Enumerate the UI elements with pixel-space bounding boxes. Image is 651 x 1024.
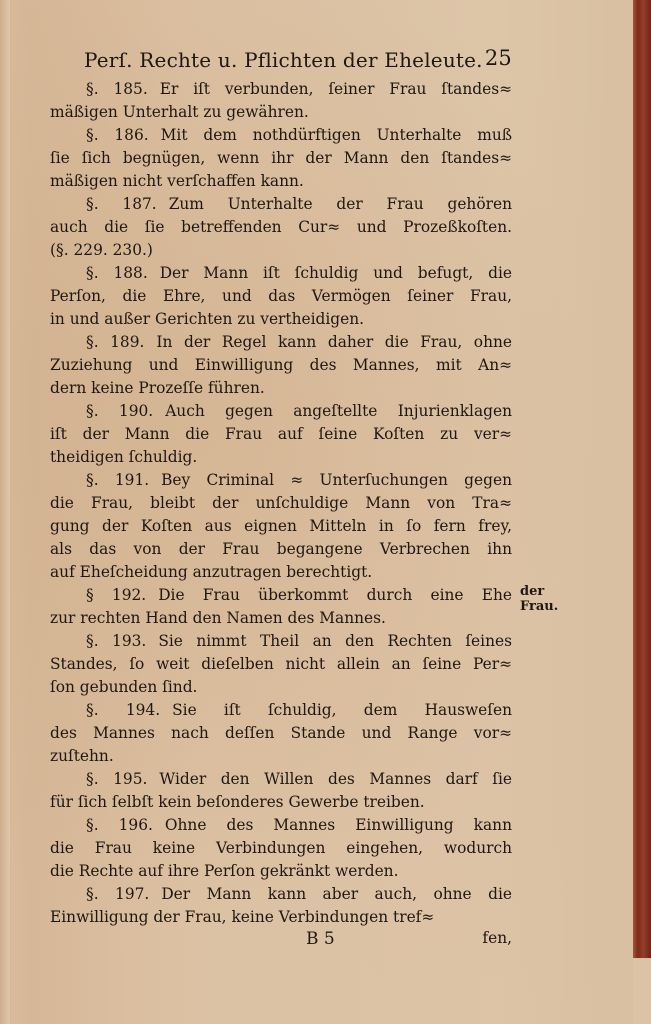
text-line: ſie ſich begnügen, wenn ihr der Mann den… <box>50 147 512 170</box>
text-line: die Frau, bleibt der unſchuldige Mann vo… <box>50 492 512 515</box>
line-text: ſie ſich begnügen, wenn ihr der Mann den… <box>50 149 512 167</box>
line-text: Bey Criminal ≈ Unterſuchungen gegen <box>161 471 512 489</box>
text-line: (§. 229. 230.) <box>50 239 512 262</box>
line-text: Der Mann kann aber auch, ohne die <box>161 885 512 903</box>
line-text: gung der Koſten aus eignen Mitteln in ſo… <box>50 517 512 535</box>
paragraph: §. 187.Zum Unterhalte der Frau gehörenau… <box>50 193 512 262</box>
body-text: §. 185.Er iſt verbunden, ſeiner Frau ſta… <box>50 78 512 929</box>
page-left-edge <box>0 0 10 1024</box>
text-line: Perſon, die Ehre, und das Vermögen ſeine… <box>50 285 512 308</box>
text-line: mäßigen nicht verſchaffen kann. <box>50 170 512 193</box>
line-text: des Mannes nach deſſen Stande und Range … <box>50 724 512 742</box>
line-text: auch die ſie betreffenden Cur≈ und Proze… <box>50 218 512 236</box>
text-line: §. 189.In der Regel kann daher die Frau,… <box>50 331 512 354</box>
section-number: §. 197. <box>86 885 149 903</box>
section-number: §. 195. <box>86 770 147 788</box>
line-text: Mit dem nothdürftigen Unterhalte muß <box>161 126 512 144</box>
text-line: theidigen ſchuldig. <box>50 446 512 469</box>
page-bottom-margin <box>633 958 651 1024</box>
text-line: §. 196.Ohne des Mannes Einwilligung kann <box>50 814 512 837</box>
section-number: §. 189. <box>86 333 144 351</box>
line-text: zur rechten Hand den Namen des Mannes. <box>50 609 386 627</box>
text-line: die Rechte auf ihre Perſon gekränkt werd… <box>50 860 512 883</box>
section-number: §. 191. <box>86 471 149 489</box>
signature-mark: B 5 <box>306 929 335 949</box>
text-line: gung der Koſten aus eignen Mitteln in ſo… <box>50 515 512 538</box>
text-line: §. 197.Der Mann kann aber auch, ohne die <box>50 883 512 906</box>
paragraph: §. 194.Sie iſt ſchuldig, dem Hausweſende… <box>50 699 512 768</box>
paragraph: § 192.Die Frau überkommt durch eine Ehez… <box>50 584 512 630</box>
text-line: §. 185.Er iſt verbunden, ſeiner Frau ſta… <box>50 78 512 101</box>
text-line: §. 194.Sie iſt ſchuldig, dem Hausweſen <box>50 699 512 722</box>
line-text: mäßigen Unterhalt zu gewähren. <box>50 103 309 121</box>
line-text: Er iſt verbunden, ſeiner Frau ſtandes≈ <box>160 80 512 98</box>
line-text: die Rechte auf ihre Perſon gekränkt werd… <box>50 862 399 880</box>
text-line: §. 191.Bey Criminal ≈ Unterſuchungen geg… <box>50 469 512 492</box>
catchword: fen, <box>482 929 512 947</box>
text-line: als das von der Frau begangene Verbreche… <box>50 538 512 561</box>
text-line: des Mannes nach deſſen Stande und Range … <box>50 722 512 745</box>
line-text: Perſon, die Ehre, und das Vermögen ſeine… <box>50 287 512 305</box>
text-line: §. 193.Sie nimmt Theil an den Rechten ſe… <box>50 630 512 653</box>
line-text: Auch gegen angeſtellte Injurienklagen <box>165 402 512 420</box>
line-text: Zuziehung und Einwilligung des Mannes, m… <box>50 356 512 374</box>
paragraph: §. 197.Der Mann kann aber auch, ohne die… <box>50 883 512 929</box>
text-line: mäßigen Unterhalt zu gewähren. <box>50 101 512 124</box>
line-text: Zum Unterhalte der Frau gehören <box>169 195 512 213</box>
paragraph: §. 185.Er iſt verbunden, ſeiner Frau ſta… <box>50 78 512 124</box>
text-line: für ſich ſelbſt kein beſonderes Gewerbe … <box>50 791 512 814</box>
text-line: in und außer Gerichten zu vertheidigen. <box>50 308 512 331</box>
section-number: §. 196. <box>86 816 153 834</box>
text-line: §. 190.Auch gegen angeſtellte Injurienkl… <box>50 400 512 423</box>
line-text: (§. 229. 230.) <box>50 241 153 259</box>
line-text: auf Eheſcheidung anzutragen berechtigt. <box>50 563 372 581</box>
section-number: §. 185. <box>86 80 148 98</box>
line-text: Wider den Willen des Mannes darf ſie <box>159 770 512 788</box>
line-text: dern keine Prozeſſe führen. <box>50 379 265 397</box>
text-line: Einwilligung der Frau, keine Verbindunge… <box>50 906 512 929</box>
line-text: iſt der Mann die Frau auf ſeine Koſten z… <box>50 425 512 443</box>
text-line: § 192.Die Frau überkommt durch eine Ehe <box>50 584 512 607</box>
text-line: zuſtehn. <box>50 745 512 768</box>
page-footer: B 5 fen, <box>50 929 512 953</box>
line-text: für ſich ſelbſt kein beſonderes Gewerbe … <box>50 793 425 811</box>
running-header: Perſ. Rechte u. Pflichten der Eheleute. … <box>50 42 512 78</box>
text-line: §. 188.Der Mann iſt ſchuldig und befugt,… <box>50 262 512 285</box>
text-line: §. 195.Wider den Willen des Mannes darf … <box>50 768 512 791</box>
line-text: Standes, ſo weit dieſelben nicht allein … <box>50 655 512 673</box>
paragraph: §. 195.Wider den Willen des Mannes darf … <box>50 768 512 814</box>
line-text: Sie iſt ſchuldig, dem Hausweſen <box>172 701 512 719</box>
paragraph: §. 190.Auch gegen angeſtellte Injurienkl… <box>50 400 512 469</box>
section-number: §. 190. <box>86 402 153 420</box>
text-line: Zuziehung und Einwilligung des Mannes, m… <box>50 354 512 377</box>
line-text: zuſtehn. <box>50 747 114 765</box>
section-number: §. 187. <box>86 195 157 213</box>
section-number: §. 194. <box>86 701 160 719</box>
section-number: §. 193. <box>86 632 146 650</box>
line-text: als das von der Frau begangene Verbreche… <box>50 540 512 558</box>
section-number: §. 188. <box>86 264 148 282</box>
line-text: mäßigen nicht verſchaffen kann. <box>50 172 304 190</box>
line-text: Ohne des Mannes Einwilligung kann <box>165 816 512 834</box>
text-line: zur rechten Hand den Namen des Mannes. <box>50 607 512 630</box>
line-text: theidigen ſchuldig. <box>50 448 197 466</box>
text-line: §. 187.Zum Unterhalte der Frau gehören <box>50 193 512 216</box>
book-spine-edge <box>633 0 651 958</box>
text-line: auch die ſie betreffenden Cur≈ und Proze… <box>50 216 512 239</box>
text-line: iſt der Mann die Frau auf ſeine Koſten z… <box>50 423 512 446</box>
margin-note: der Frau. <box>520 584 558 614</box>
paragraph: §. 188.Der Mann iſt ſchuldig und befugt,… <box>50 262 512 331</box>
line-text: Der Mann iſt ſchuldig und befugt, die <box>160 264 512 282</box>
line-text: die Frau keine Verbindungen eingehen, wo… <box>50 839 512 857</box>
line-text: Die Frau überkommt durch eine Ehe <box>158 586 512 604</box>
line-text: in und außer Gerichten zu vertheidigen. <box>50 310 364 328</box>
line-text: Einwilligung der Frau, keine Verbindunge… <box>50 908 434 926</box>
text-line: §. 186.Mit dem nothdürftigen Unterhalte … <box>50 124 512 147</box>
line-text: die Frau, bleibt der unſchuldige Mann vo… <box>50 494 512 512</box>
text-line: dern keine Prozeſſe führen. <box>50 377 512 400</box>
paragraph: §. 196.Ohne des Mannes Einwilligung kann… <box>50 814 512 883</box>
line-text: Sie nimmt Theil an den Rechten ſeines <box>158 632 512 650</box>
text-line: ſon gebunden ſind. <box>50 676 512 699</box>
text-line: Standes, ſo weit dieſelben nicht allein … <box>50 653 512 676</box>
text-line: auf Eheſcheidung anzutragen berechtigt. <box>50 561 512 584</box>
paragraph: §. 193.Sie nimmt Theil an den Rechten ſe… <box>50 630 512 699</box>
line-text: ſon gebunden ſind. <box>50 678 197 696</box>
book-page: Perſ. Rechte u. Pflichten der Eheleute. … <box>50 42 512 953</box>
text-line: die Frau keine Verbindungen eingehen, wo… <box>50 837 512 860</box>
line-text: In der Regel kann daher die Frau, ohne <box>156 333 512 351</box>
section-number: §. 186. <box>86 126 149 144</box>
paragraph: §. 186.Mit dem nothdürftigen Unterhalte … <box>50 124 512 193</box>
paragraph: §. 191.Bey Criminal ≈ Unterſuchungen geg… <box>50 469 512 584</box>
page-number: 25 <box>485 46 512 70</box>
running-title: Perſ. Rechte u. Pflichten der Eheleute. <box>84 48 483 72</box>
paragraph: §. 189.In der Regel kann daher die Frau,… <box>50 331 512 400</box>
section-number: § 192. <box>86 586 146 604</box>
